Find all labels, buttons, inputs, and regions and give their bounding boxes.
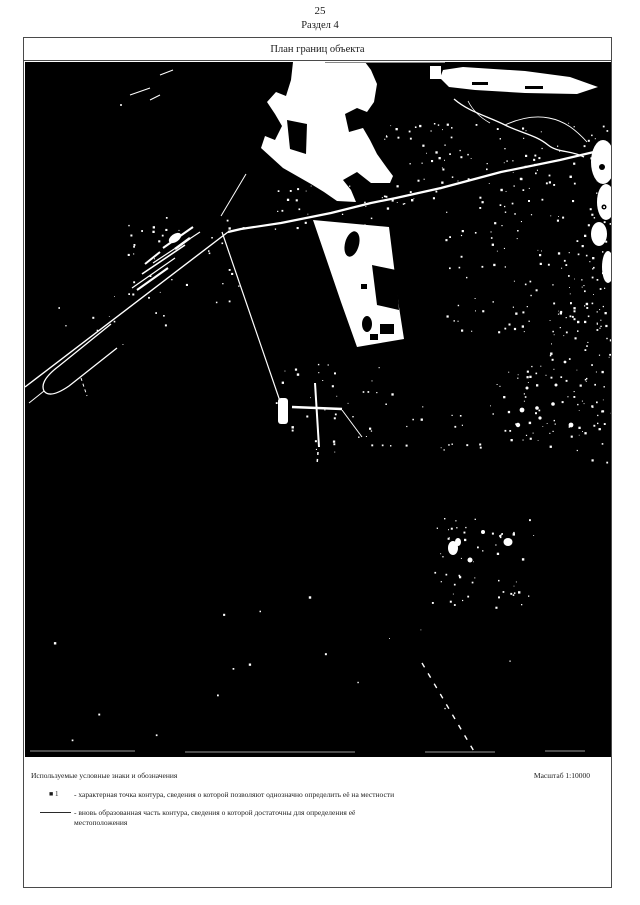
scale-label: Масштаб 1:10000 [534, 771, 590, 780]
section-label: Раздел 4 [0, 20, 640, 31]
page-number: 25 [0, 5, 640, 17]
document-page: 25 Раздел 4 План границ объекта [0, 0, 640, 905]
map-aerial-photo [25, 62, 611, 757]
legend-item-contour-text: - вновь образованная часть контура, свед… [74, 808, 369, 828]
plan-title-box: План границ объекта [23, 37, 612, 61]
contour-line-symbol [40, 812, 71, 813]
legend-heading: Используемые условные знаки и обозначени… [31, 771, 177, 780]
legend-item-point-text: - характерная точка контура, сведения о … [74, 790, 594, 799]
map-container [25, 62, 611, 757]
plan-title: План границ объекта [270, 44, 364, 55]
point-symbol: ■ 1 [49, 790, 58, 798]
